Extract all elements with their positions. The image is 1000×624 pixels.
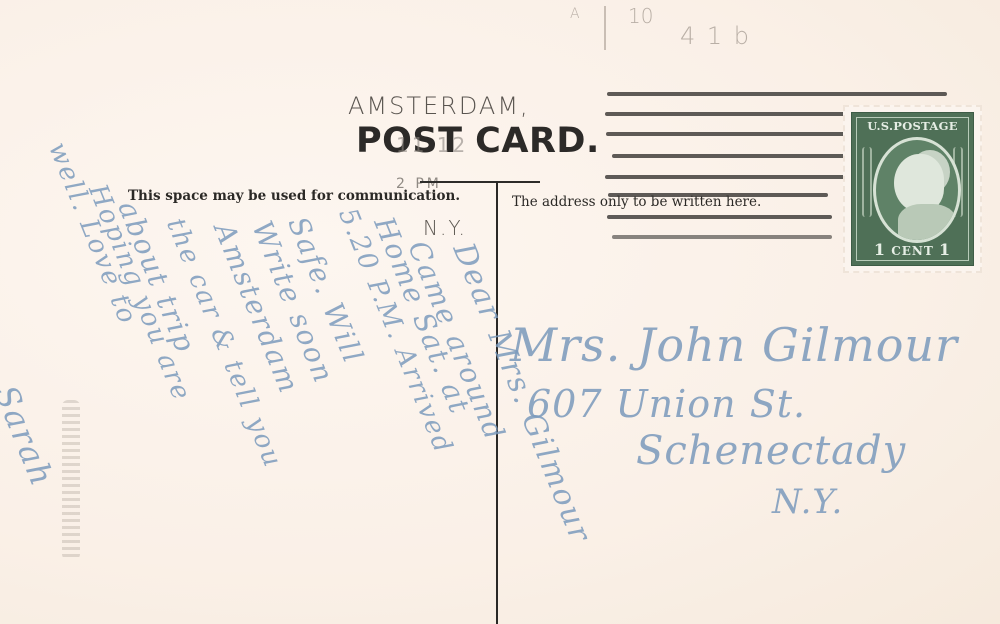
pencil-note-c: 4 1 b bbox=[680, 22, 751, 50]
stamp-face: U.S.POSTAGE 1 CENT 1 bbox=[851, 112, 974, 266]
pencil-note-b: 10 bbox=[628, 4, 653, 28]
message-signature: Sarah bbox=[0, 380, 62, 493]
cancel-line bbox=[607, 92, 947, 96]
cancel-line bbox=[612, 235, 832, 239]
postcard-back: A 10 4 1 b AMSTERDAM, POST CARD. 11 12 2… bbox=[0, 0, 1000, 624]
postmark-date: 11 12 bbox=[396, 133, 468, 157]
cancel-line bbox=[607, 215, 832, 219]
header-rule bbox=[420, 181, 540, 183]
cancel-line bbox=[608, 193, 828, 197]
address-line-1: Mrs. John Gilmour bbox=[510, 318, 958, 372]
address-line-2: 607 Union St. bbox=[527, 382, 806, 426]
stamp-top-text: U.S.POSTAGE bbox=[852, 119, 973, 133]
pencil-note-a: A bbox=[570, 6, 580, 22]
ink-smudge bbox=[62, 400, 80, 560]
address-line-3: Schenectady bbox=[636, 428, 906, 474]
postmark-city: AMSTERDAM, bbox=[348, 92, 530, 120]
postage-stamp: U.S.POSTAGE 1 CENT 1 bbox=[843, 105, 982, 273]
laurel-left-icon bbox=[862, 147, 872, 217]
stamp-value: 1 CENT 1 bbox=[852, 240, 973, 259]
postcard-title: POST CARD. bbox=[356, 121, 600, 161]
pencil-mark bbox=[604, 6, 606, 50]
address-line-4: N.Y. bbox=[772, 482, 843, 522]
washington-portrait-icon bbox=[873, 137, 961, 243]
communication-label: This space may be used for communication… bbox=[128, 188, 460, 204]
